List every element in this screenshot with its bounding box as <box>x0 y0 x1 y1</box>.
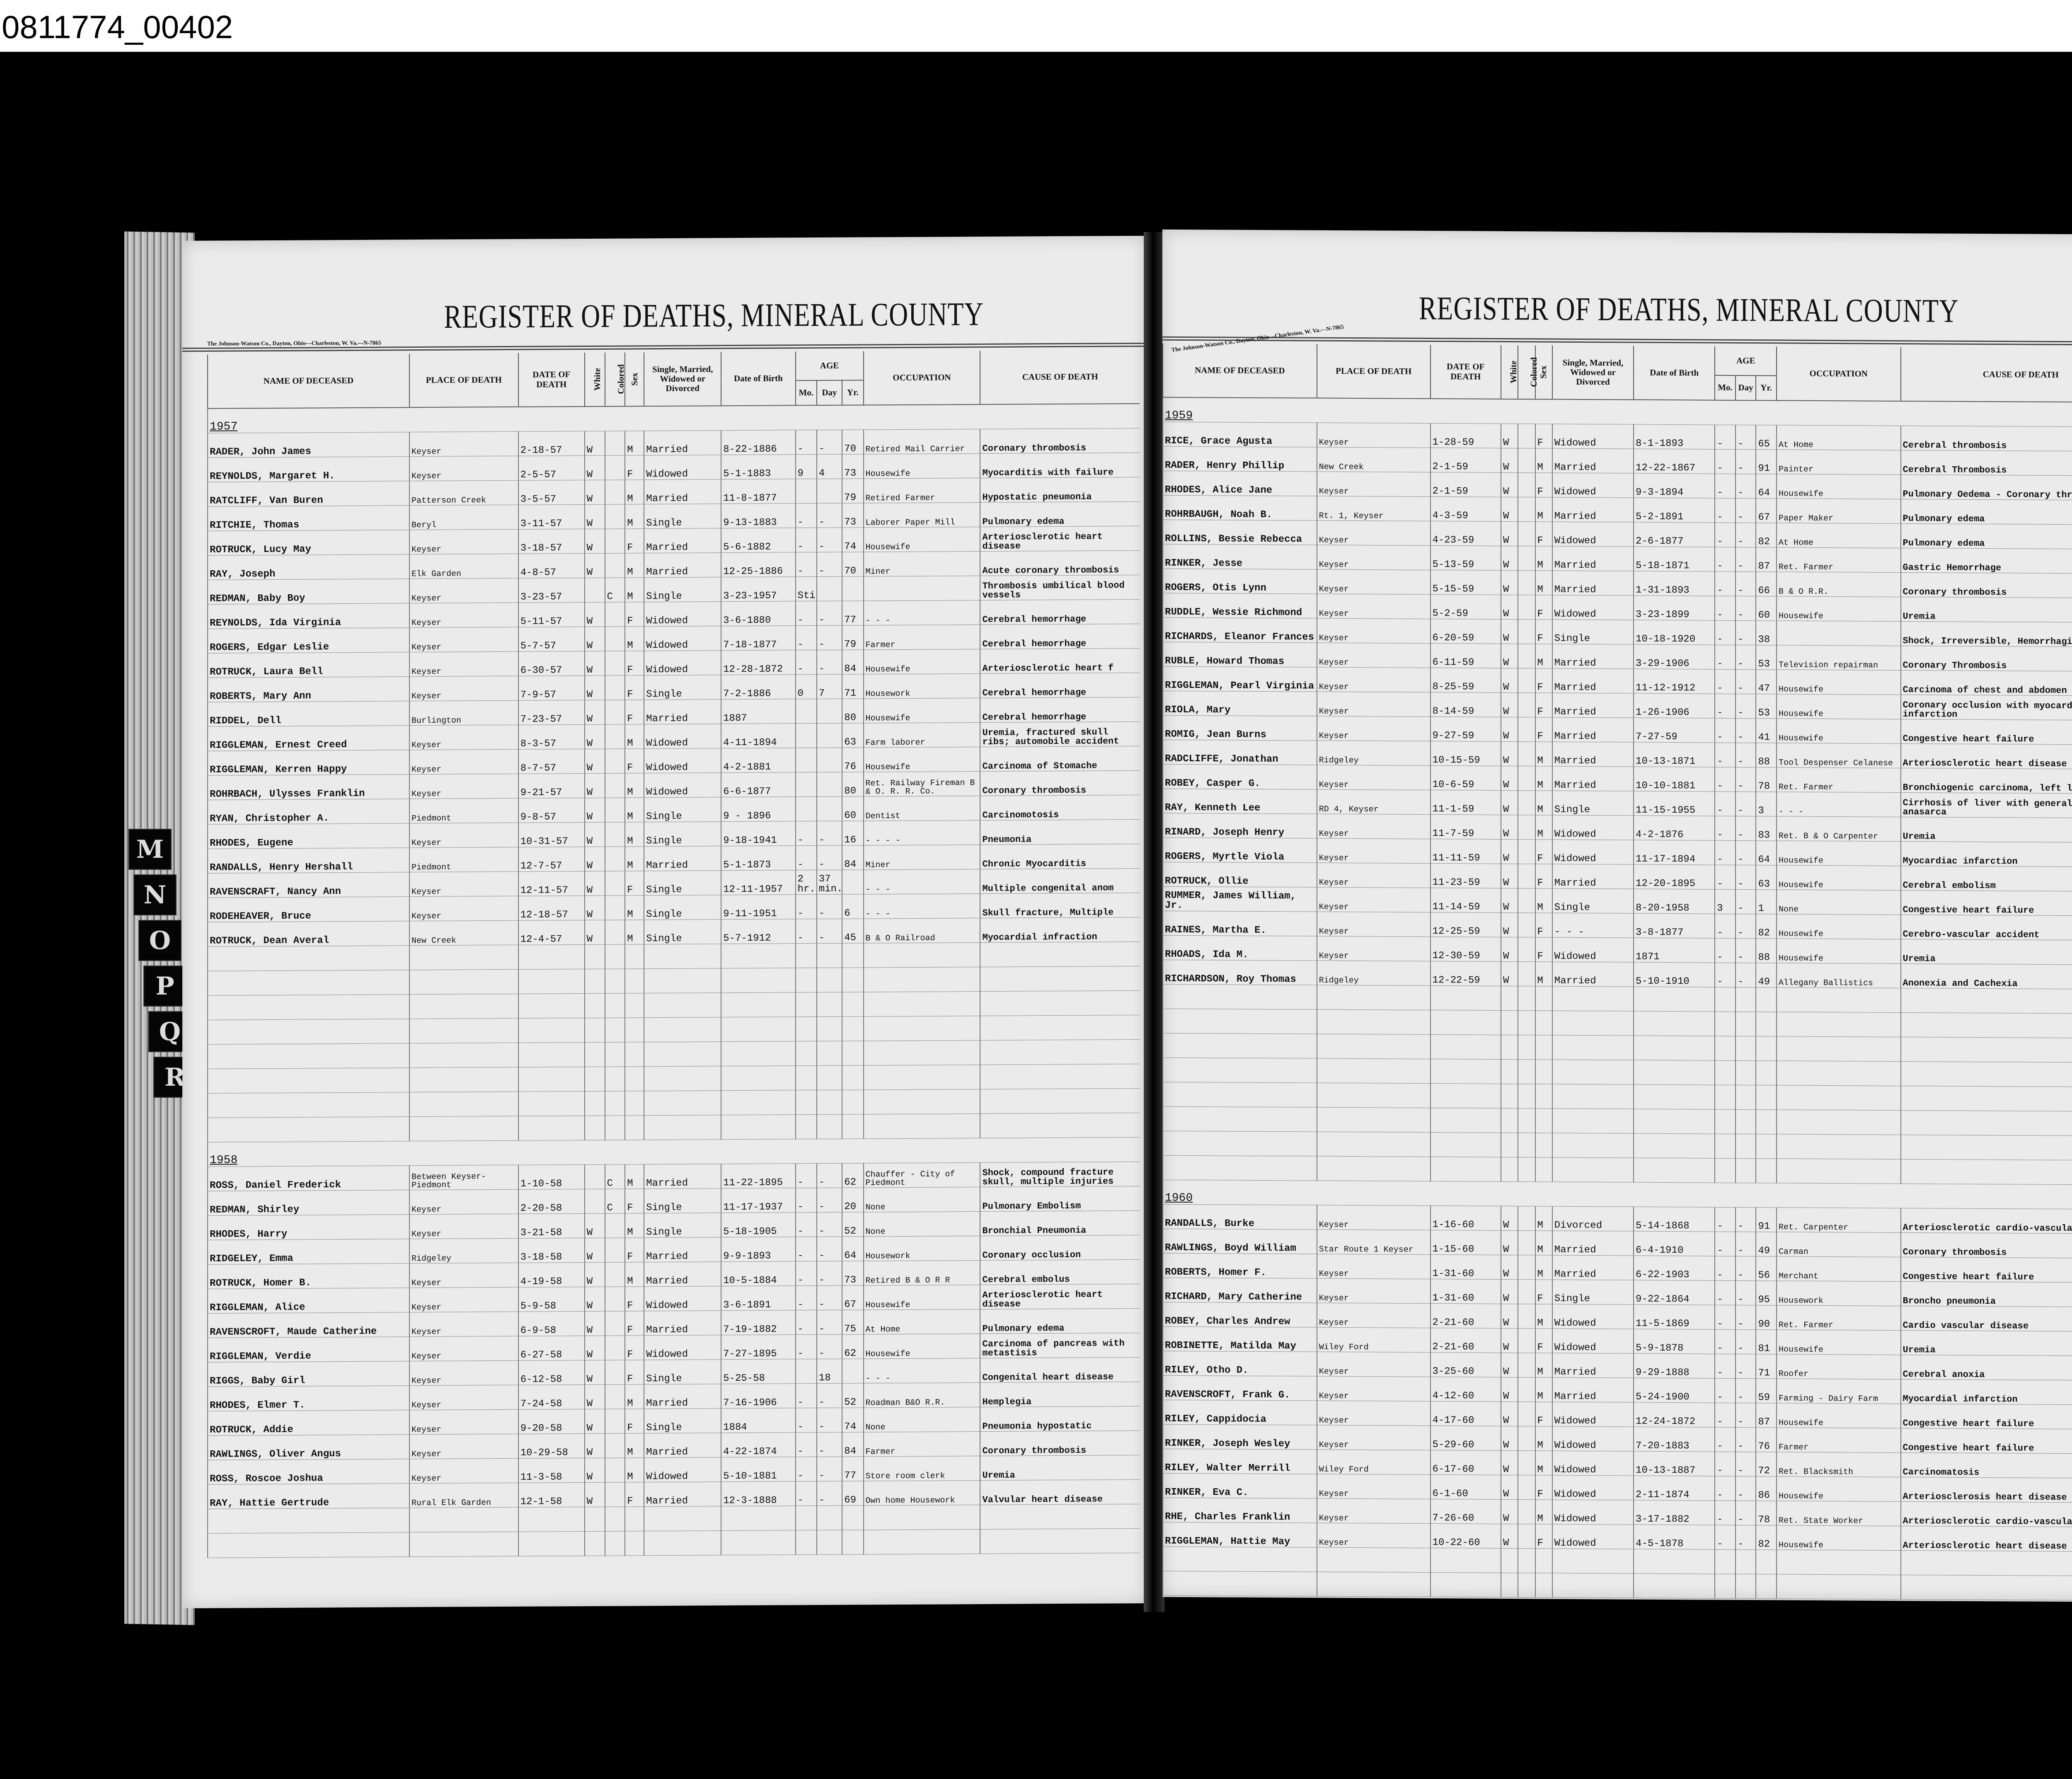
empty-cell <box>1518 1035 1535 1060</box>
cell-cause: Pulmonary Embolism <box>980 1186 1140 1211</box>
cell-yr: 70 <box>842 552 863 576</box>
cell-mo: - <box>1715 620 1736 645</box>
cell-occupation: Ret. Blacksmith <box>1777 1452 1901 1477</box>
cell-mo: - <box>1715 767 1736 791</box>
empty-cell <box>1501 1548 1518 1573</box>
empty-cell <box>625 1042 644 1067</box>
table-row: RITCHIE, ThomasBeryl3-11-57WMSingle9-13-… <box>208 501 1140 531</box>
cell-sex: M <box>625 480 644 504</box>
cell-white: W <box>585 1409 605 1433</box>
cell-date: 12-25-59 <box>1431 912 1501 937</box>
cell-place: Keyser <box>409 529 518 554</box>
cell-date: 3-18-57 <box>518 529 585 554</box>
cell-day: - <box>817 1383 842 1408</box>
cell-white: W <box>585 1458 605 1482</box>
cell-status: Widowed <box>644 626 721 651</box>
empty-cell <box>1736 1085 1756 1109</box>
cell-name: ROHRBACH, Ulysses Franklin <box>208 775 409 800</box>
cell-place: Keyser <box>1317 912 1431 937</box>
cell-cause: Uremia <box>980 1455 1140 1480</box>
cell-cause: Uremia <box>1901 939 2072 965</box>
cell-cause: Acute coronary thrombosis <box>980 550 1140 576</box>
cell-sex: M <box>1535 815 1552 840</box>
empty-cell <box>721 992 795 1017</box>
cell-birth: 4-11-1894 <box>721 724 795 748</box>
empty-row <box>208 1528 1140 1558</box>
cell-status: Married <box>644 699 721 724</box>
cell-white: W <box>1501 644 1518 668</box>
left-page: REGISTER OF DEATHS, MINERAL COUNTY The J… <box>182 236 1146 1608</box>
cell-place: Keyser <box>1317 936 1431 961</box>
cell-name: RINKER, Jesse <box>1163 544 1317 569</box>
cell-cause: Arteriosclerotic cardio-vascular disease <box>1901 1208 2072 1234</box>
empty-cell <box>585 1531 605 1556</box>
cell-name: RADER, John James <box>208 432 409 458</box>
cell-status: Single <box>1552 620 1634 644</box>
cell-occupation: Farmer <box>864 1432 980 1457</box>
index-tab-o[interactable]: O <box>138 920 182 961</box>
cell-yr: 95 <box>1756 1281 1777 1305</box>
cell-white: W <box>1501 546 1518 570</box>
cell-day: - <box>1736 1256 1756 1280</box>
cell-mo: - <box>1715 938 1736 963</box>
empty-cell <box>1634 1109 1715 1134</box>
cell-colored <box>1518 1304 1535 1329</box>
empty-cell <box>409 1092 518 1116</box>
cell-yr: 62 <box>842 1334 863 1359</box>
cell-status: Married <box>1552 497 1634 522</box>
cell-sex: M <box>625 1458 644 1482</box>
cell-day: - <box>817 845 842 870</box>
cell-white: W <box>585 1360 605 1384</box>
empty-cell <box>1777 1012 1901 1037</box>
empty-cell <box>1901 1110 2072 1136</box>
cell-occupation: Farming - Dairy Farm <box>1777 1379 1901 1404</box>
cell-occupation: Ret. Farmer <box>1777 547 1901 573</box>
cell-status: Widowed <box>644 1457 721 1482</box>
cell-day: - <box>1736 865 1756 889</box>
cell-name: ROSS, Roscoe Joshua <box>208 1459 409 1485</box>
cell-name: ROLLINS, Bessie Rebecca <box>1163 520 1317 545</box>
cell-colored <box>605 651 625 675</box>
cell-cause: Coronary thrombosis <box>980 428 1140 453</box>
cell-date: 5-2-59 <box>1431 595 1501 620</box>
empty-cell <box>585 1507 605 1531</box>
cell-occupation: None <box>864 1212 980 1237</box>
cell-occupation: Laborer Paper Mill <box>864 503 980 528</box>
cell-mo: - <box>1715 498 1736 523</box>
cell-colored <box>1518 1402 1535 1426</box>
cell-colored <box>1518 693 1535 717</box>
empty-cell <box>644 993 721 1018</box>
cell-birth: 5-18-1871 <box>1634 547 1715 571</box>
cell-mo: - <box>796 1408 817 1433</box>
cell-date: 3-5-57 <box>518 480 585 505</box>
cell-birth: 12-11-1957 <box>721 870 795 895</box>
cell-status: Single <box>644 895 721 920</box>
empty-cell <box>1736 1134 1756 1158</box>
empty-cell <box>644 1531 721 1556</box>
cell-mo: - <box>796 1188 817 1213</box>
cell-name: RHE, Charles Franklin <box>1163 1498 1317 1523</box>
cell-birth: 9-29-1888 <box>1634 1353 1715 1378</box>
cell-yr: 84 <box>842 650 863 674</box>
table-row: RAY, JosephElk Garden4-8-57WMMarried12-2… <box>208 550 1140 580</box>
cell-day <box>817 796 842 821</box>
empty-cell <box>1552 1157 1634 1182</box>
cell-sex: M <box>625 1262 644 1287</box>
empty-cell <box>1431 1108 1501 1133</box>
cell-day: - <box>1736 1452 1756 1476</box>
cell-birth: 3-23-1957 <box>721 577 795 602</box>
cell-mo <box>796 748 817 772</box>
empty-cell <box>842 1114 863 1139</box>
empty-cell <box>721 1090 795 1115</box>
cell-mo: - <box>1715 816 1736 840</box>
cell-birth: 1884 <box>721 1408 795 1433</box>
cell-birth: 9-22-1864 <box>1634 1280 1715 1305</box>
empty-cell <box>817 1114 842 1139</box>
cell-yr: 86 <box>1756 1476 1777 1501</box>
cell-sex: M <box>625 1384 644 1409</box>
cell-status: Widowed <box>644 748 721 773</box>
cell-colored <box>605 749 625 773</box>
cell-place: Keyser <box>1317 814 1431 839</box>
cell-day: - <box>817 894 842 919</box>
cell-day: - <box>1736 914 1756 938</box>
cell-mo: - <box>796 1335 817 1359</box>
empty-cell <box>1634 1036 1715 1060</box>
header-age: AGE <box>1715 346 1777 376</box>
cell-colored <box>605 1213 625 1238</box>
cell-cause: Congestive heart failure <box>1901 890 2072 916</box>
cell-status: Married <box>1552 717 1634 742</box>
cell-place: Keyser <box>1317 618 1431 643</box>
cell-birth: 5-6-1882 <box>721 528 795 553</box>
cell-colored <box>1518 668 1535 693</box>
cell-birth: 1887 <box>721 699 795 724</box>
cell-colored <box>1518 1329 1535 1353</box>
cell-colored <box>605 798 625 822</box>
cell-birth: 5-1-1873 <box>721 846 795 871</box>
header-age: AGE <box>796 351 864 380</box>
cell-date: 3-11-57 <box>518 505 585 530</box>
header-white-label: White <box>1509 361 1518 383</box>
cell-mo: - <box>796 1286 817 1310</box>
cell-date: 10-31-57 <box>518 823 585 847</box>
cell-name: RANDALLS, Henry Hershall <box>208 848 409 874</box>
empty-cell <box>1535 986 1552 1011</box>
empty-cell <box>625 1067 644 1091</box>
cell-cause: Myocarditis with failure <box>980 453 1140 478</box>
cell-status: Married <box>1552 448 1634 473</box>
cell-mo: - <box>1715 1525 1736 1549</box>
cell-birth: 9-9-1893 <box>721 1237 795 1262</box>
cell-day: - <box>1736 1476 1756 1501</box>
cell-birth: 12-25-1886 <box>721 552 795 577</box>
cell-day: 18 <box>817 1359 842 1383</box>
empty-cell <box>980 990 1140 1016</box>
cell-occupation: Retired Farmer <box>864 478 980 503</box>
cell-occupation: At Home <box>1777 425 1901 450</box>
empty-cell <box>721 944 795 968</box>
cell-date: 12-7-57 <box>518 847 585 872</box>
cell-colored <box>1518 1255 1535 1280</box>
cell-cause: Coronary thrombosis <box>1901 1232 2072 1258</box>
cell-colored <box>1518 1451 1535 1475</box>
cell-birth: 2-6-1877 <box>1634 522 1715 547</box>
cell-colored <box>605 1238 625 1262</box>
cell-cause: Carcinomotosis <box>980 795 1140 820</box>
cell-mo: - <box>1715 1256 1736 1280</box>
cell-sex: F <box>1535 473 1552 497</box>
cell-mo: - <box>1715 963 1736 987</box>
cell-name: RAY, Joseph <box>208 554 409 580</box>
table-row: ROTRUCK, AddieKeyser9-20-58WFSingle1884-… <box>208 1406 1140 1435</box>
cell-date: 5-13-59 <box>1431 546 1501 571</box>
cell-white: W <box>1501 521 1518 546</box>
table-row: ROGERS, Edgar LeslieKeyser5-7-57WMWidowe… <box>208 624 1140 653</box>
page-title: REGISTER OF DEATHS, MINERAL COUNTY <box>232 294 1196 337</box>
cell-white: W <box>585 822 605 847</box>
cell-mo: - <box>1715 1329 1736 1354</box>
index-tab-n[interactable]: N <box>133 874 177 915</box>
cell-date: 3-23-57 <box>518 578 585 603</box>
cell-place: Keyser <box>1317 472 1431 496</box>
cell-day: - <box>817 821 842 845</box>
cell-yr: 67 <box>1756 499 1777 523</box>
cell-occupation: Housework <box>864 1236 980 1261</box>
empty-cell <box>1317 1572 1431 1597</box>
cell-place: Keyser <box>409 1214 518 1239</box>
cell-day: - <box>1736 449 1756 474</box>
empty-cell <box>980 1504 1140 1529</box>
empty-cell <box>585 1042 605 1067</box>
table-row: REDMAN, ShirleyKeyser2-20-58CFSingle11-1… <box>208 1186 1140 1215</box>
table-row: ROHRBACH, Ulysses FranklinKeyser9-21-57W… <box>208 770 1140 800</box>
header-date: DATE OF DEATH <box>1431 345 1501 399</box>
cell-status: Widowed <box>644 1335 721 1360</box>
cell-name: RUMMER, James William, Jr. <box>1163 886 1317 912</box>
cell-status: Divorced <box>1552 1206 1634 1231</box>
cell-date: 8-14-59 <box>1431 692 1501 717</box>
cell-birth: 5-10-1910 <box>1634 962 1715 987</box>
cell-day: - <box>1736 743 1756 767</box>
cell-status: Married <box>1552 962 1634 987</box>
empty-row <box>1163 1571 2072 1600</box>
cell-colored <box>1518 644 1535 668</box>
cell-occupation: At Home <box>864 1309 980 1334</box>
cell-sex: M <box>625 822 644 847</box>
table-row: RIGGLEMAN, Ernest CreedKeyser8-3-57WMWid… <box>208 721 1140 751</box>
cell-occupation: Housewife <box>1777 719 1901 744</box>
cell-mo: - <box>796 1164 817 1188</box>
cell-mo: - <box>796 430 817 455</box>
cell-yr: 74 <box>842 528 863 552</box>
cell-cause: Cerebral embolism <box>1901 866 2072 891</box>
cell-cause: Arteriosclerotic cardio-vascular disease <box>1901 1501 2072 1527</box>
cell-status: Married <box>1552 1255 1634 1280</box>
cell-mo: - <box>796 1310 817 1335</box>
empty-cell <box>1777 1574 1901 1600</box>
cell-cause: Cirrhosis of liver with generalized anas… <box>1901 792 2072 818</box>
cell-yr: 59 <box>1756 1379 1777 1403</box>
cell-sex: M <box>625 724 644 749</box>
cell-yr: 60 <box>1756 596 1777 621</box>
empty-cell <box>625 969 644 993</box>
cell-mo: 2 hr. <box>796 870 817 895</box>
cell-colored <box>1518 1377 1535 1402</box>
cell-yr: 91 <box>1756 1208 1777 1232</box>
cell-day: - <box>1736 425 1756 449</box>
cell-mo: - <box>796 1237 817 1261</box>
cell-status: - - - <box>1552 913 1634 938</box>
header-status: Single, Married, Widowed or Divorced <box>1552 346 1634 400</box>
empty-cell <box>1552 1035 1634 1060</box>
cell-yr: 20 <box>842 1188 863 1212</box>
cell-mo: - <box>1715 449 1736 474</box>
empty-cell <box>1501 1035 1518 1059</box>
cell-date: 1-10-58 <box>518 1165 585 1190</box>
cell-birth: 6-22-1903 <box>1634 1256 1715 1280</box>
cell-sex: M <box>625 504 644 529</box>
cell-white: W <box>585 1238 605 1262</box>
cell-white: W <box>1501 1206 1518 1230</box>
cell-place: Keyser <box>409 1434 518 1459</box>
cell-colored <box>1518 1206 1535 1231</box>
cell-birth: 10-5-1884 <box>721 1261 795 1286</box>
cell-white: W <box>1501 1401 1518 1426</box>
empty-cell <box>208 1117 409 1142</box>
index-tab-p[interactable]: P <box>143 966 186 1007</box>
cell-mo: - <box>796 601 817 626</box>
cell-status: Single <box>644 675 721 700</box>
header-colored-label: Colored <box>1530 357 1539 387</box>
cell-white: W <box>1501 1328 1518 1353</box>
cell-occupation: - - - <box>864 894 980 919</box>
header-occupation: OCCUPATION <box>1777 346 1901 401</box>
cell-colored <box>605 627 625 651</box>
header-colored: Colored <box>1518 345 1535 399</box>
cell-sex: F <box>625 602 644 627</box>
cell-name: ROTRUCK, Ollie <box>1163 862 1317 887</box>
cell-yr: 66 <box>1756 572 1777 596</box>
empty-cell <box>518 969 585 994</box>
cell-yr: 82 <box>1756 523 1777 547</box>
cell-date: 5-29-60 <box>1431 1426 1501 1451</box>
cell-mo: - <box>1715 1476 1736 1501</box>
cell-name: REYNOLDS, Ida Virginia <box>208 603 409 629</box>
cell-birth: 1871 <box>1634 938 1715 963</box>
cell-mo: - <box>796 1457 817 1481</box>
cell-cause: Coronary Thrombosis <box>1901 646 2072 671</box>
cell-colored <box>605 602 625 627</box>
empty-cell <box>1317 1107 1431 1132</box>
empty-cell <box>1317 1132 1431 1157</box>
cell-white: W <box>585 529 605 553</box>
cell-cause: Coronary thrombosis <box>1901 572 2072 598</box>
cell-date: 4-8-57 <box>518 554 585 578</box>
cell-occupation: Housewife <box>1777 694 1901 719</box>
cell-cause: Anonexia and Cachexia <box>1901 963 2072 989</box>
empty-cell <box>1535 1133 1552 1157</box>
cell-yr: 82 <box>1756 1525 1777 1550</box>
empty-cell <box>518 1507 585 1532</box>
cell-occupation: Roadman B&O R.R. <box>864 1383 980 1408</box>
cell-name: RICHARDSON, Roy Thomas <box>1163 960 1317 985</box>
cell-white <box>585 578 605 602</box>
cell-sex: M <box>1535 1255 1552 1280</box>
cell-cause: Thrombosis umbilical blood vessels <box>980 575 1140 600</box>
cell-yr: 60 <box>842 796 863 821</box>
cell-name: RADER, Henry Phillip <box>1163 446 1317 472</box>
cell-colored <box>605 1409 625 1433</box>
empty-cell <box>1431 1084 1501 1109</box>
cell-birth: 3-17-1882 <box>1634 1500 1715 1525</box>
empty-cell <box>1756 1134 1777 1159</box>
empty-cell <box>1317 1156 1431 1181</box>
cell-day: - <box>1736 938 1756 963</box>
cell-birth: 11-17-1937 <box>721 1188 795 1213</box>
empty-cell <box>1901 1086 2072 1111</box>
cell-yr: 81 <box>1756 1330 1777 1354</box>
cell-day: - <box>1736 1525 1756 1549</box>
cell-mo <box>796 797 817 821</box>
cell-mo: - <box>796 503 817 528</box>
cell-white: W <box>1501 1426 1518 1450</box>
cell-birth: 1-31-1893 <box>1634 571 1715 596</box>
index-tab-m[interactable]: M <box>128 829 172 870</box>
cell-cause: Pulmonary edema <box>1901 499 2072 525</box>
cell-white: W <box>585 1311 605 1336</box>
cell-occupation: - - - - <box>864 821 980 845</box>
cell-day: - <box>1736 596 1756 620</box>
cell-cause: Pulmonary edema <box>980 501 1140 527</box>
cell-name: RINARD, Joseph Henry <box>1163 813 1317 838</box>
empty-cell <box>1501 1573 1518 1597</box>
cell-date: 12-18-57 <box>518 896 585 921</box>
cell-yr: 84 <box>842 1432 863 1457</box>
cell-white: W <box>585 920 605 944</box>
cell-status: Married <box>644 1164 721 1189</box>
cell-place: Keyser <box>1317 1303 1431 1328</box>
register-table: NAME OF DECEASED PLACE OF DEATH DATE OF … <box>1162 344 2072 1601</box>
cell-yr: 91 <box>1756 450 1777 474</box>
cell-yr: 83 <box>1756 816 1777 841</box>
empty-cell <box>1317 1058 1431 1083</box>
cell-sex: M <box>1535 1500 1552 1524</box>
cell-white: W <box>585 480 605 504</box>
cell-white: W <box>585 700 605 724</box>
cell-colored <box>1518 717 1535 742</box>
cell-date: 6-27-58 <box>518 1336 585 1361</box>
cell-place: Keyser <box>1317 423 1431 448</box>
cell-colored <box>1518 815 1535 840</box>
empty-cell <box>1431 1010 1501 1035</box>
cell-sex: F <box>1535 620 1552 644</box>
cell-cause: Congestive heart failure <box>1901 719 2072 745</box>
empty-cell <box>980 1015 1140 1040</box>
empty-cell <box>1756 1061 1777 1085</box>
cell-colored <box>1518 497 1535 522</box>
empty-cell <box>644 1042 721 1067</box>
cell-occupation: Farmer <box>1777 1428 1901 1453</box>
empty-cell <box>1634 1084 1715 1109</box>
cell-status: Married <box>1552 668 1634 693</box>
cell-name: REDMAN, Shirley <box>208 1190 409 1216</box>
cell-colored <box>1518 448 1535 473</box>
cell-cause: Bronchial Pneumonia <box>980 1210 1140 1236</box>
